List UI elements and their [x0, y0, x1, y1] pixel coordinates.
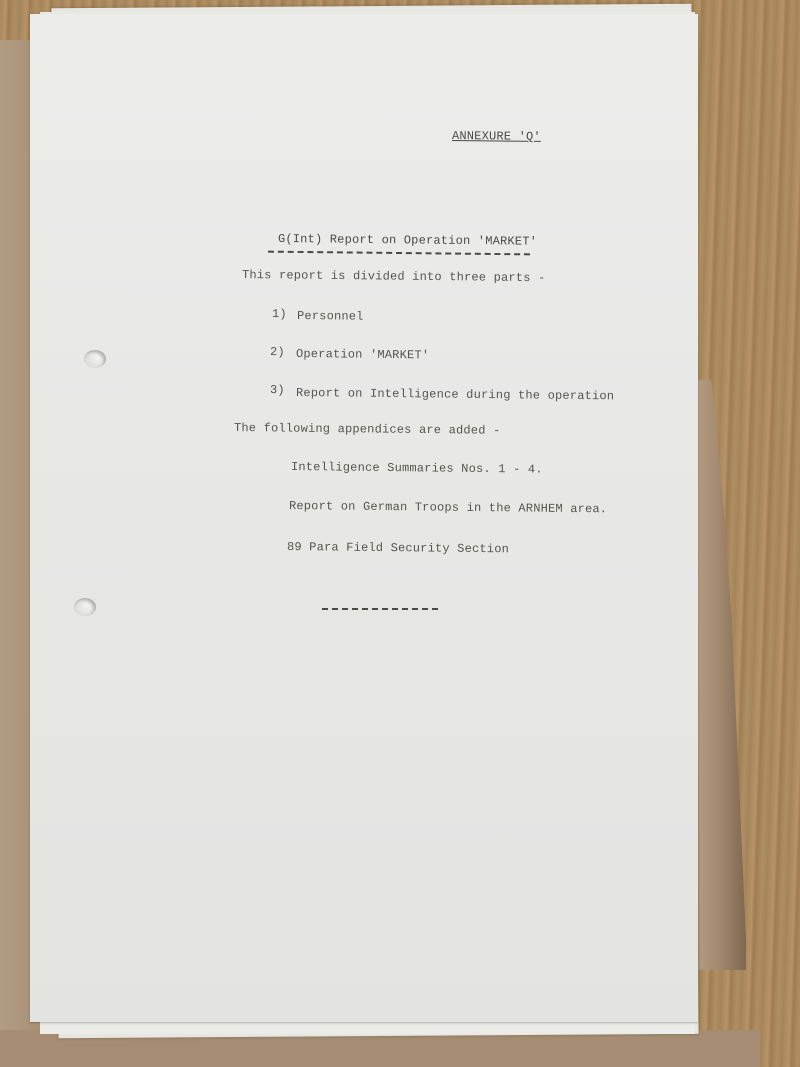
appendix-3: 89 Para Field Security Section [287, 540, 509, 556]
part-2-number: 2) [270, 345, 285, 359]
part-1-text: Personnel [297, 309, 364, 324]
part-1-number: 1) [272, 307, 287, 321]
document-page [30, 14, 698, 1022]
document-title: G(Int) Report on Operation 'MARKET' [278, 232, 537, 249]
appendices-intro: The following appendices are added - [234, 421, 501, 438]
part-3-number: 3) [270, 383, 285, 397]
appendix-1: Intelligence Summaries Nos. 1 - 4. [291, 460, 543, 477]
punch-hole-top [84, 350, 106, 368]
end-divider [322, 608, 438, 610]
part-2-text: Operation 'MARKET' [296, 347, 429, 362]
punch-hole-bottom [74, 598, 96, 616]
annexure-label: ANNEXURE 'Q' [452, 129, 541, 144]
